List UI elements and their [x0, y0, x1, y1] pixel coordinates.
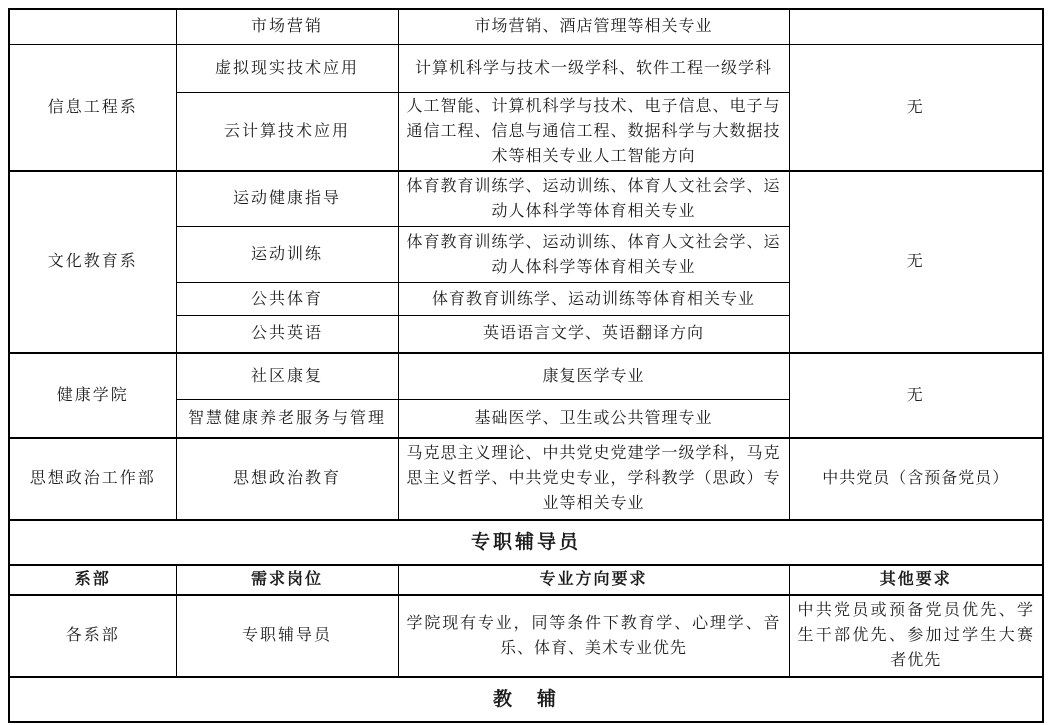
- dept-cell-info-engineering: 信息工程系: [9, 44, 176, 171]
- column-header-other-requirements: 其他要求: [789, 565, 1043, 595]
- row-counselor: 各系部 专职辅导员 学院现有专业，同等条件下教育学、心理学、音乐、体育、美术专业…: [9, 595, 1043, 677]
- major-cell-sports-health-guidance: 体育教育训练学、运动训练、体育人文社会学、运动人体科学等体育相关专业: [398, 171, 789, 227]
- other-cell-counselor: 中共党员或预备党员优先、学生干部优先、参加过学生大赛者优先: [789, 595, 1043, 677]
- dept-cell-health-college: 健康学院: [9, 353, 176, 438]
- major-cell-smart-elderly-care: 基础医学、卫生或公共管理专业: [398, 400, 789, 438]
- position-cell-vr-tech: 虚拟现实技术应用: [176, 44, 398, 92]
- major-cell-marketing: 市场营销、酒店管理等相关专业: [398, 9, 789, 44]
- recruitment-table: 市场营销 市场营销、酒店管理等相关专业 信息工程系 虚拟现实技术应用 计算机科学…: [8, 8, 1044, 723]
- column-header-dept: 系部: [9, 565, 176, 595]
- position-cell-sports-health-guidance: 运动健康指导: [176, 171, 398, 227]
- document-page: 市场营销 市场营销、酒店管理等相关专业 信息工程系 虚拟现实技术应用 计算机科学…: [0, 0, 1050, 725]
- other-cell-info-engineering: 无: [789, 44, 1043, 171]
- position-cell-cloud-computing: 云计算技术应用: [176, 92, 398, 171]
- position-cell-public-pe: 公共体育: [176, 283, 398, 316]
- dept-cell-ideological-political-dept: 思想政治工作部: [9, 438, 176, 520]
- position-cell-smart-elderly-care: 智慧健康养老服务与管理: [176, 400, 398, 438]
- other-cell-health-college: 无: [789, 353, 1043, 438]
- major-cell-sports-training: 体育教育训练学、运动训练、体育人文社会学、运动人体科学等体育相关专业: [398, 227, 789, 283]
- major-cell-ideological-political-education: 马克思主义理论、中共党史党建学一级学科，马克思主义哲学、中共党史专业，学科教学（…: [398, 438, 789, 520]
- row-marketing: 市场营销 市场营销、酒店管理等相关专业: [9, 9, 1043, 44]
- major-cell-vr-tech: 计算机科学与技术一级学科、软件工程一级学科: [398, 44, 789, 92]
- row-vr-tech: 信息工程系 虚拟现实技术应用 计算机科学与技术一级学科、软件工程一级学科 无: [9, 44, 1043, 92]
- position-cell-public-english: 公共英语: [176, 316, 398, 353]
- major-cell-public-pe: 体育教育训练学、运动训练等体育相关专业: [398, 283, 789, 316]
- row-counselor-band: 专职辅导员: [9, 520, 1043, 565]
- row-ideological-political: 思想政治工作部 思想政治教育 马克思主义理论、中共党史党建学一级学科，马克思主义…: [9, 438, 1043, 520]
- row-staff-band: 教 辅: [9, 677, 1043, 722]
- major-cell-community-rehab: 康复医学专业: [398, 353, 789, 400]
- other-cell-empty: [789, 9, 1043, 44]
- dept-cell-empty: [9, 9, 176, 44]
- position-cell-community-rehab: 社区康复: [176, 353, 398, 400]
- position-cell-sports-training: 运动训练: [176, 227, 398, 283]
- counselor-section-title: 专职辅导员: [9, 520, 1043, 565]
- column-header-major-requirements: 专业方向要求: [398, 565, 789, 595]
- staff-section-title: 教 辅: [9, 677, 1043, 722]
- position-cell-ideological-political-education: 思想政治教育: [176, 438, 398, 520]
- other-cell-party-member: 中共党员（含预备党员）: [789, 438, 1043, 520]
- major-cell-cloud-computing: 人工智能、计算机科学与技术、电子信息、电子与通信工程、信息与通信工程、数据科学与…: [398, 92, 789, 171]
- column-header-position: 需求岗位: [176, 565, 398, 595]
- row-community-rehab: 健康学院 社区康复 康复医学专业 无: [9, 353, 1043, 400]
- dept-cell-culture-education: 文化教育系: [9, 171, 176, 353]
- position-cell-counselor: 专职辅导员: [176, 595, 398, 677]
- row-counselor-headers: 系部 需求岗位 专业方向要求 其他要求: [9, 565, 1043, 595]
- major-cell-public-english: 英语语言文学、英语翻译方向: [398, 316, 789, 353]
- other-cell-culture-education: 无: [789, 171, 1043, 353]
- row-sports-health-guidance: 文化教育系 运动健康指导 体育教育训练学、运动训练、体育人文社会学、运动人体科学…: [9, 171, 1043, 227]
- position-cell-marketing: 市场营销: [176, 9, 398, 44]
- major-cell-counselor: 学院现有专业，同等条件下教育学、心理学、音乐、体育、美术专业优先: [398, 595, 789, 677]
- dept-cell-all-depts: 各系部: [9, 595, 176, 677]
